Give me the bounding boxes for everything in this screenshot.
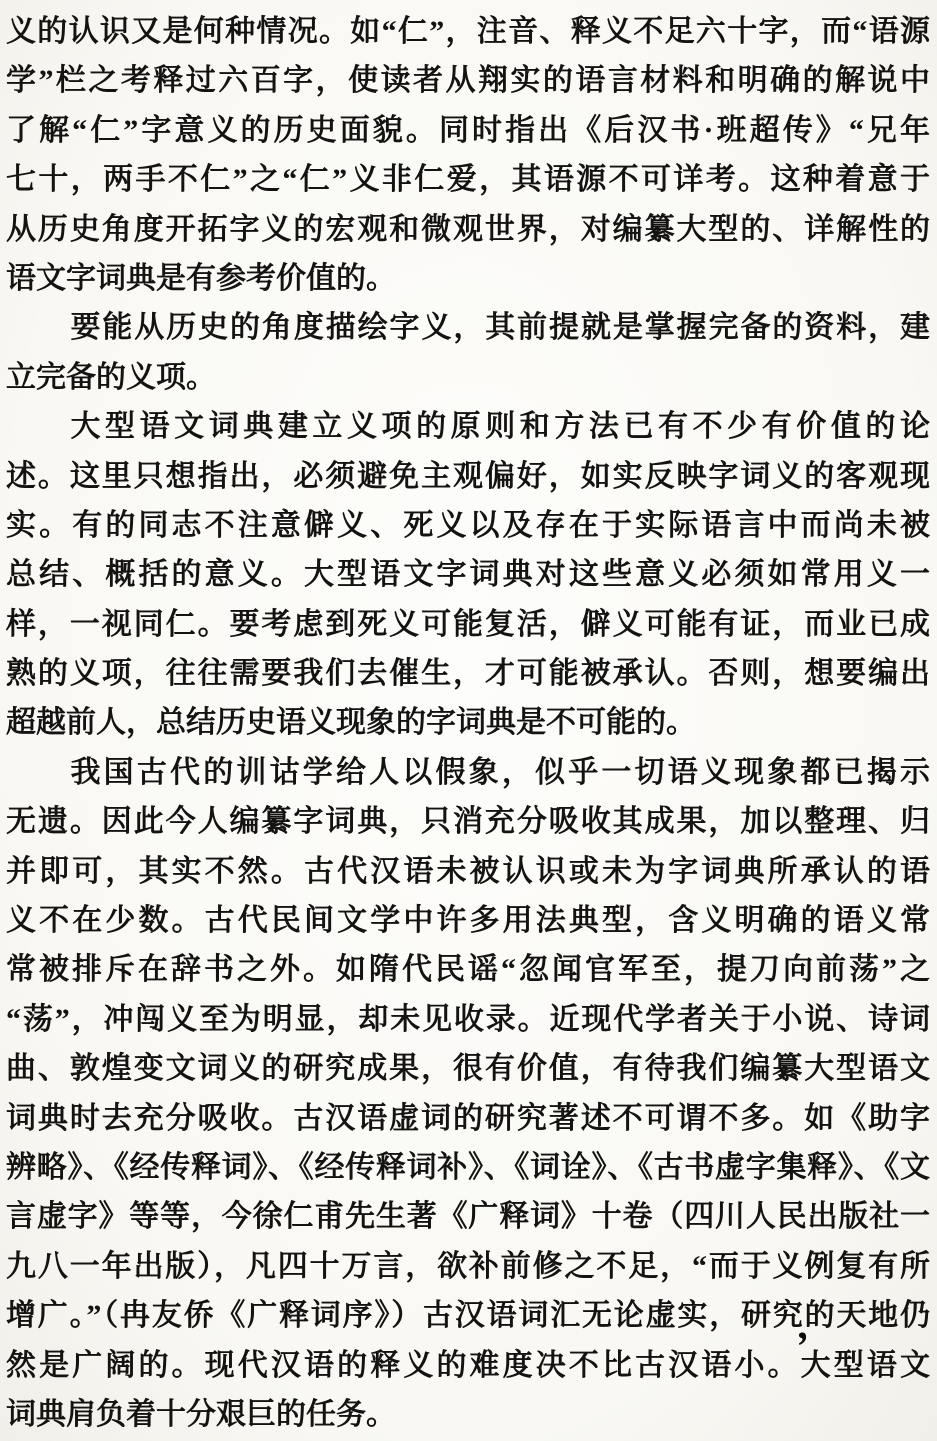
text-line: 辨略》、《经传释词》、《经传释词补》、《词诠》、《古书虚字集释》、《文: [6, 1143, 930, 1192]
text-line: 义不在少数。古代民间文学中许多用法典型，含义明确的语义常: [6, 896, 930, 945]
text-line: 言虚字》等等，今徐仁甫先生著《广释词》十卷（四川人民出版社一: [6, 1192, 930, 1241]
text-line: 述。这里只想指出，必须避免主观偏好，如实反映字词义的客观现: [6, 452, 930, 501]
text-line: 了解“仁”字意义的历史面貌。同时指出《后汉书·班超传》“兄年: [6, 106, 930, 155]
text-line: 样，一视同仁。要考虑到死义可能复活，僻义可能有证，而业已成: [6, 600, 930, 649]
text-line: 我国古代的训诂学给人以假象，似乎一切语义现象都已揭示: [6, 748, 930, 797]
text-line: 要能从历史的角度描绘字义，其前提就是掌握完备的资料，建: [6, 303, 930, 352]
text-line: 词典时去充分吸收。古汉语虚词的研究著述不可谓不多。如《助字: [6, 1094, 930, 1143]
text-line: 义的认识又是何种情况。如“仁”，注音、释义不足六十字，而“语源: [6, 7, 930, 56]
body-text: 义的认识又是何种情况。如“仁”，注音、释义不足六十字，而“语源 学”栏之考释过六…: [6, 7, 930, 1439]
text-line: 然是广阔的。现代汉语的释义的难度决不比古汉语小。大型语文: [6, 1341, 930, 1390]
text-line: 熟的义项，往往需要我们去催生，才可能被承认。否则，想要编出: [6, 649, 930, 698]
text-line: 常被排斥在辞书之外。如隋代民谣“忽闻官军至，提刀向前荡”之: [6, 945, 930, 994]
text-line: 增广。”（冉友侨《广释词序》）古汉语词汇无论虚实，研究的天地仍: [6, 1291, 930, 1340]
text-line: 学”栏之考释过六百字，使读者从翔实的语言材料和明确的解说中: [6, 56, 930, 105]
text-line: 九八一年出版），凡四十万言，欲补前修之不足，“而于义例复有所: [6, 1242, 930, 1291]
text-line: 从历史角度开拓字义的宏观和微观世界，对编纂大型的、详解性的: [6, 205, 930, 254]
scanned-page: 义的认识又是何种情况。如“仁”，注音、释义不足六十字，而“语源 学”栏之考释过六…: [0, 0, 937, 1441]
text-line: 曲、敦煌变文词义的研究成果，很有价值，有待我们编纂大型语文: [6, 1044, 930, 1093]
text-line: 大型语文词典建立义项的原则和方法已有不少有价值的论: [6, 402, 930, 451]
text-line: “荡”，冲闯义至为明显，却未见收录。近现代学者关于小说、诗词: [6, 995, 930, 1044]
text-line: 总结、概括的意义。大型语文字词典对这些意义必须如常用义一: [6, 550, 930, 599]
text-line: 语文字词典是有参考价值的。: [6, 254, 930, 303]
text-line: 七十，两手不仁”之“仁”义非仁爱，其语源不可详考。这种着意于: [6, 155, 930, 204]
text-line: 并即可，其实不然。古代汉语未被认识或未为字词典所承认的语: [6, 847, 930, 896]
text-line: 词典肩负着十分艰巨的任务。: [6, 1390, 930, 1439]
text-line: 实。有的同志不注意僻义、死义以及存在于实际语言中而尚未被: [6, 501, 930, 550]
text-line: 无遗。因此今人编纂字词典，只消充分吸收其成果，加以整理、归: [6, 797, 930, 846]
text-line: 超越前人，总结历史语义现象的字词典是不可能的。: [6, 698, 930, 747]
text-line: 立完备的义项。: [6, 353, 930, 402]
